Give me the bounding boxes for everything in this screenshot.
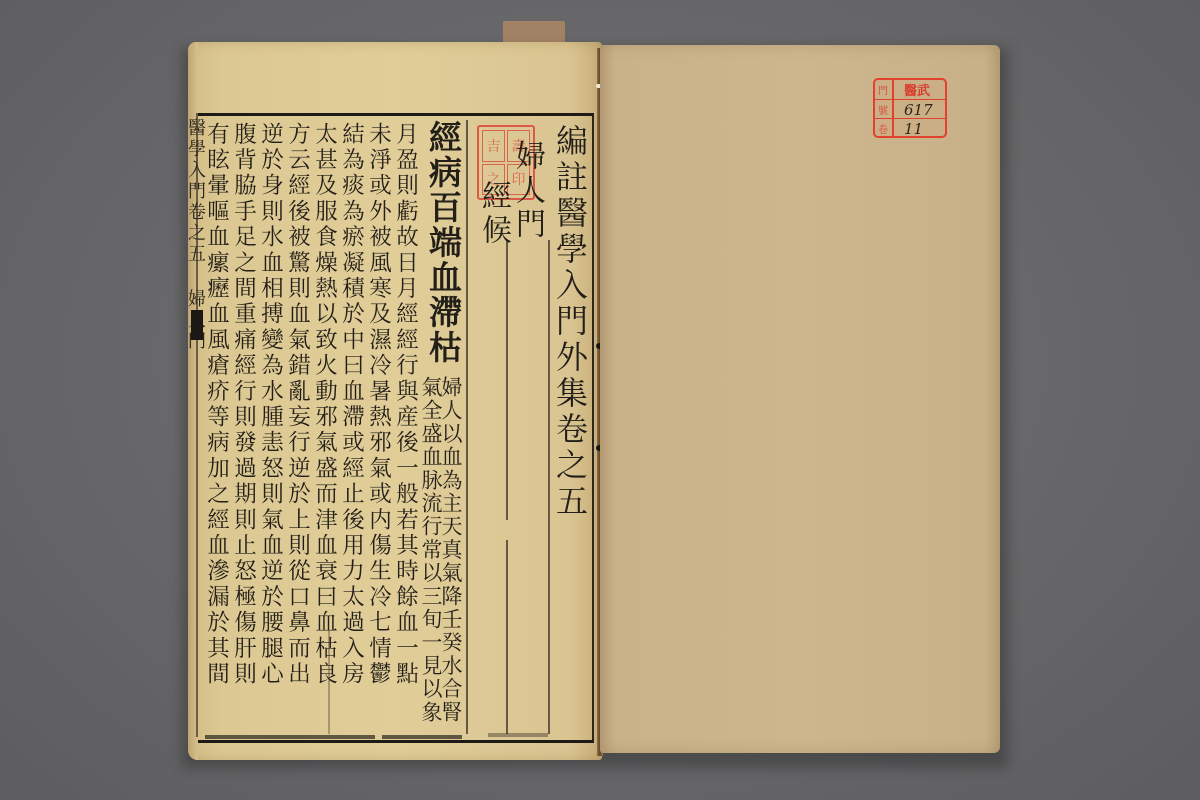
column-rule: [506, 540, 508, 734]
book-title-column: 編註醫學入門外集卷之五: [554, 124, 586, 520]
subsection-title: 經候: [478, 180, 508, 248]
column-rule: [328, 630, 330, 734]
stamp-label: 門: [875, 82, 892, 97]
text-column: 方云經後被驚則血氣錯亂妄行逆於上則從口鼻而出: [286, 122, 309, 687]
text-column: 未淨或外被風寒及濕冷暑熱邪氣或内傷生冷七情鬱: [367, 122, 390, 687]
fishtail-block: [191, 310, 203, 340]
bottom-border-mark: [205, 735, 375, 739]
stamp-value: 11: [904, 120, 923, 138]
column-rule: [466, 120, 468, 734]
text-column: 太甚及服食燥熱以致火動邪氣盛而津血衰曰血枯良: [313, 122, 336, 687]
chapter-heading: 經病百端血滯枯: [427, 120, 460, 365]
stamp-row-number: 號 617: [875, 99, 945, 119]
heading-annotation-2: 氣全盛血脉流行常以三旬一見以象: [420, 376, 441, 724]
right-page: [600, 45, 1000, 753]
stamp-value: 醫武: [904, 80, 930, 99]
page-tab-marker: [503, 21, 565, 43]
stamp-row-volume: 卷 11: [875, 118, 945, 138]
stamp-label: 卷: [875, 121, 892, 136]
column-rule: [548, 240, 550, 734]
stamp-row-category: 門 醫武: [875, 80, 945, 99]
text-column: 逆於身則水血相搏變為水腫恚怒則氣血逆於腰腿心: [259, 122, 282, 687]
heading-annotation-1: 婦人以血為主天真氣降壬癸水合腎: [440, 376, 461, 724]
column-rule: [506, 240, 508, 520]
section-title: 婦人門: [512, 140, 542, 242]
library-stamp: 門 醫武 號 617 卷 11: [873, 78, 947, 138]
stamp-label: 號: [875, 102, 892, 117]
text-column: 有眩暈嘔血瘰癧血風瘡疥等病加之經血滲漏於其間: [205, 122, 228, 687]
seal-char: 吉: [482, 130, 505, 162]
text-column: 月盈則虧故日月經經行與産後一般若其時餘血一點: [394, 122, 417, 687]
text-column: 結為痰為瘀凝積於中曰血滯或經止後用力太過入房: [340, 122, 363, 687]
stamp-value: 617: [904, 101, 933, 119]
bottom-border-mark: [488, 733, 548, 737]
text-column: 腹背脇手足之間重痛經行則發過期則止怒極傷肝則: [232, 122, 255, 687]
bottom-border-mark: [382, 735, 462, 739]
